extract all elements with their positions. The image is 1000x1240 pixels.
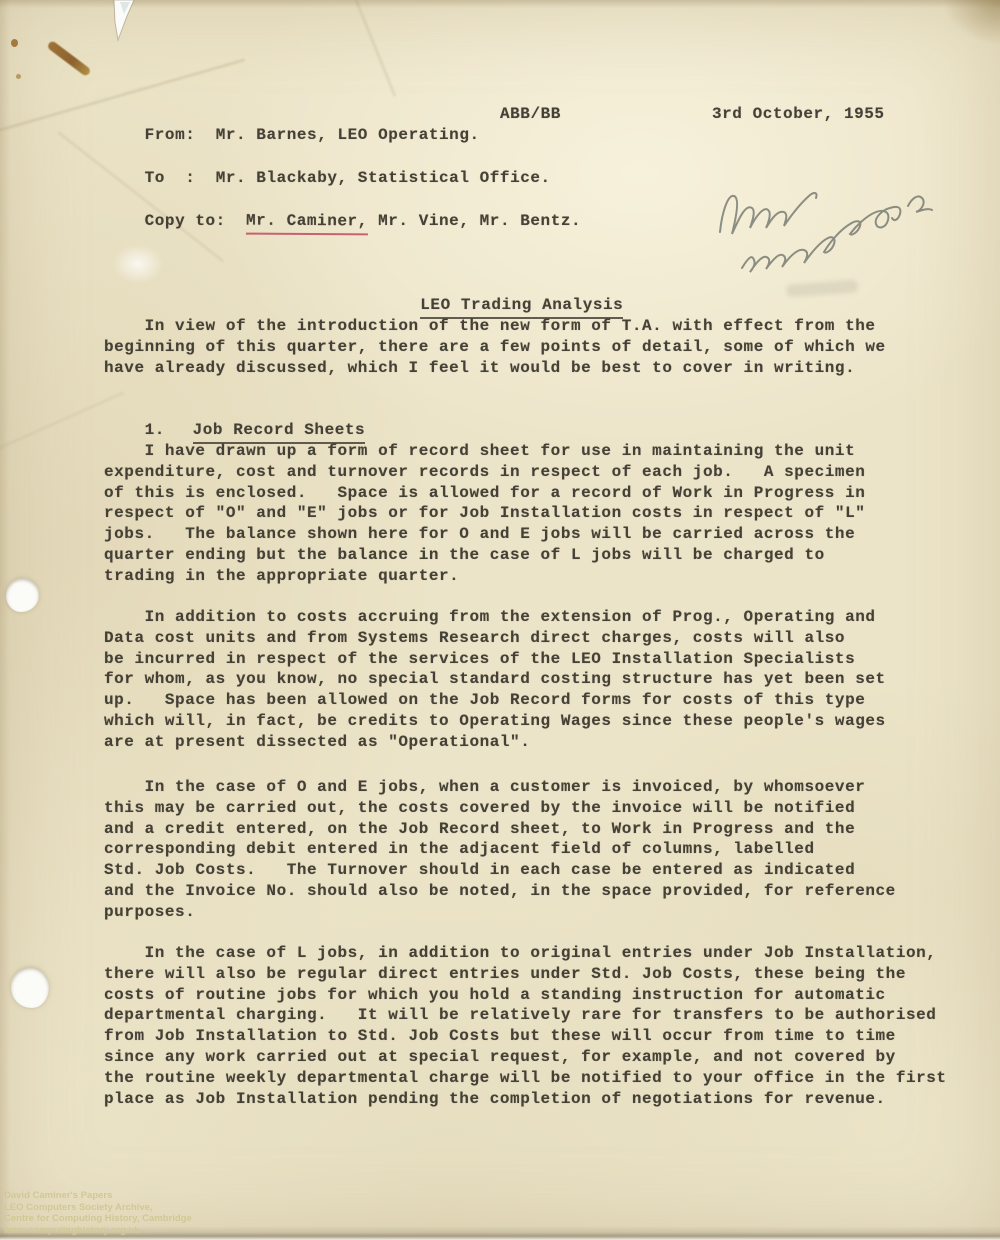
- paper-corner-curl: [944, 0, 1000, 44]
- archive-watermark: David Caminer's Papers LEO Computers Soc…: [4, 1190, 192, 1236]
- copy-to-label: Copy to:: [145, 212, 226, 230]
- intro-paragraph: In view of the introduction of the new f…: [104, 316, 886, 378]
- to-value: Mr. Blackaby, Statistical Office.: [216, 169, 551, 187]
- paper-left-edge-shadow: [0, 0, 10, 1240]
- memo-copy-line: Copy to: Mr. Caminer, Mr. Vine, Mr. Bent…: [104, 190, 581, 252]
- to-label: To :: [145, 169, 196, 187]
- paragraph-job-record-2: In addition to costs accruing from the e…: [104, 607, 886, 753]
- paper-stain: [46, 40, 91, 77]
- paper-tear: [108, 0, 142, 44]
- copy-spacer: [226, 212, 246, 230]
- paper-stain: [11, 39, 18, 47]
- paragraph-job-record-3: In the case of O and E jobs, when a cust…: [104, 777, 896, 923]
- paper-crease: [338, 0, 396, 97]
- paragraph-job-record-1: I have drawn up a form of record sheet f…: [104, 441, 865, 587]
- punch-hole: [6, 578, 39, 612]
- punch-hole: [11, 967, 49, 1008]
- to-spacer: [195, 169, 215, 187]
- pencil-annotation: [712, 162, 952, 282]
- section-number: 1.: [145, 420, 193, 441]
- paper-top-edge-shadow: [0, 0, 1000, 8]
- copy-names-rest: Mr. Vine, Mr. Bentz.: [368, 212, 581, 230]
- from-label: From:: [145, 126, 196, 144]
- paragraph-job-record-4: In the case of L jobs, in addition to or…: [104, 943, 947, 1109]
- from-value: Mr. Barnes, LEO Operating.: [216, 126, 480, 144]
- scanned-memo-page: From: Mr. Barnes, LEO Operating. ABB/BB …: [0, 0, 1000, 1240]
- from-spacer: [195, 126, 215, 144]
- reference-code: ABB/BB: [500, 104, 561, 125]
- paper-stain: [16, 74, 21, 79]
- memo-date: 3rd October, 1955: [712, 104, 885, 125]
- copy-name-underlined: Mr. Caminer,: [246, 210, 368, 235]
